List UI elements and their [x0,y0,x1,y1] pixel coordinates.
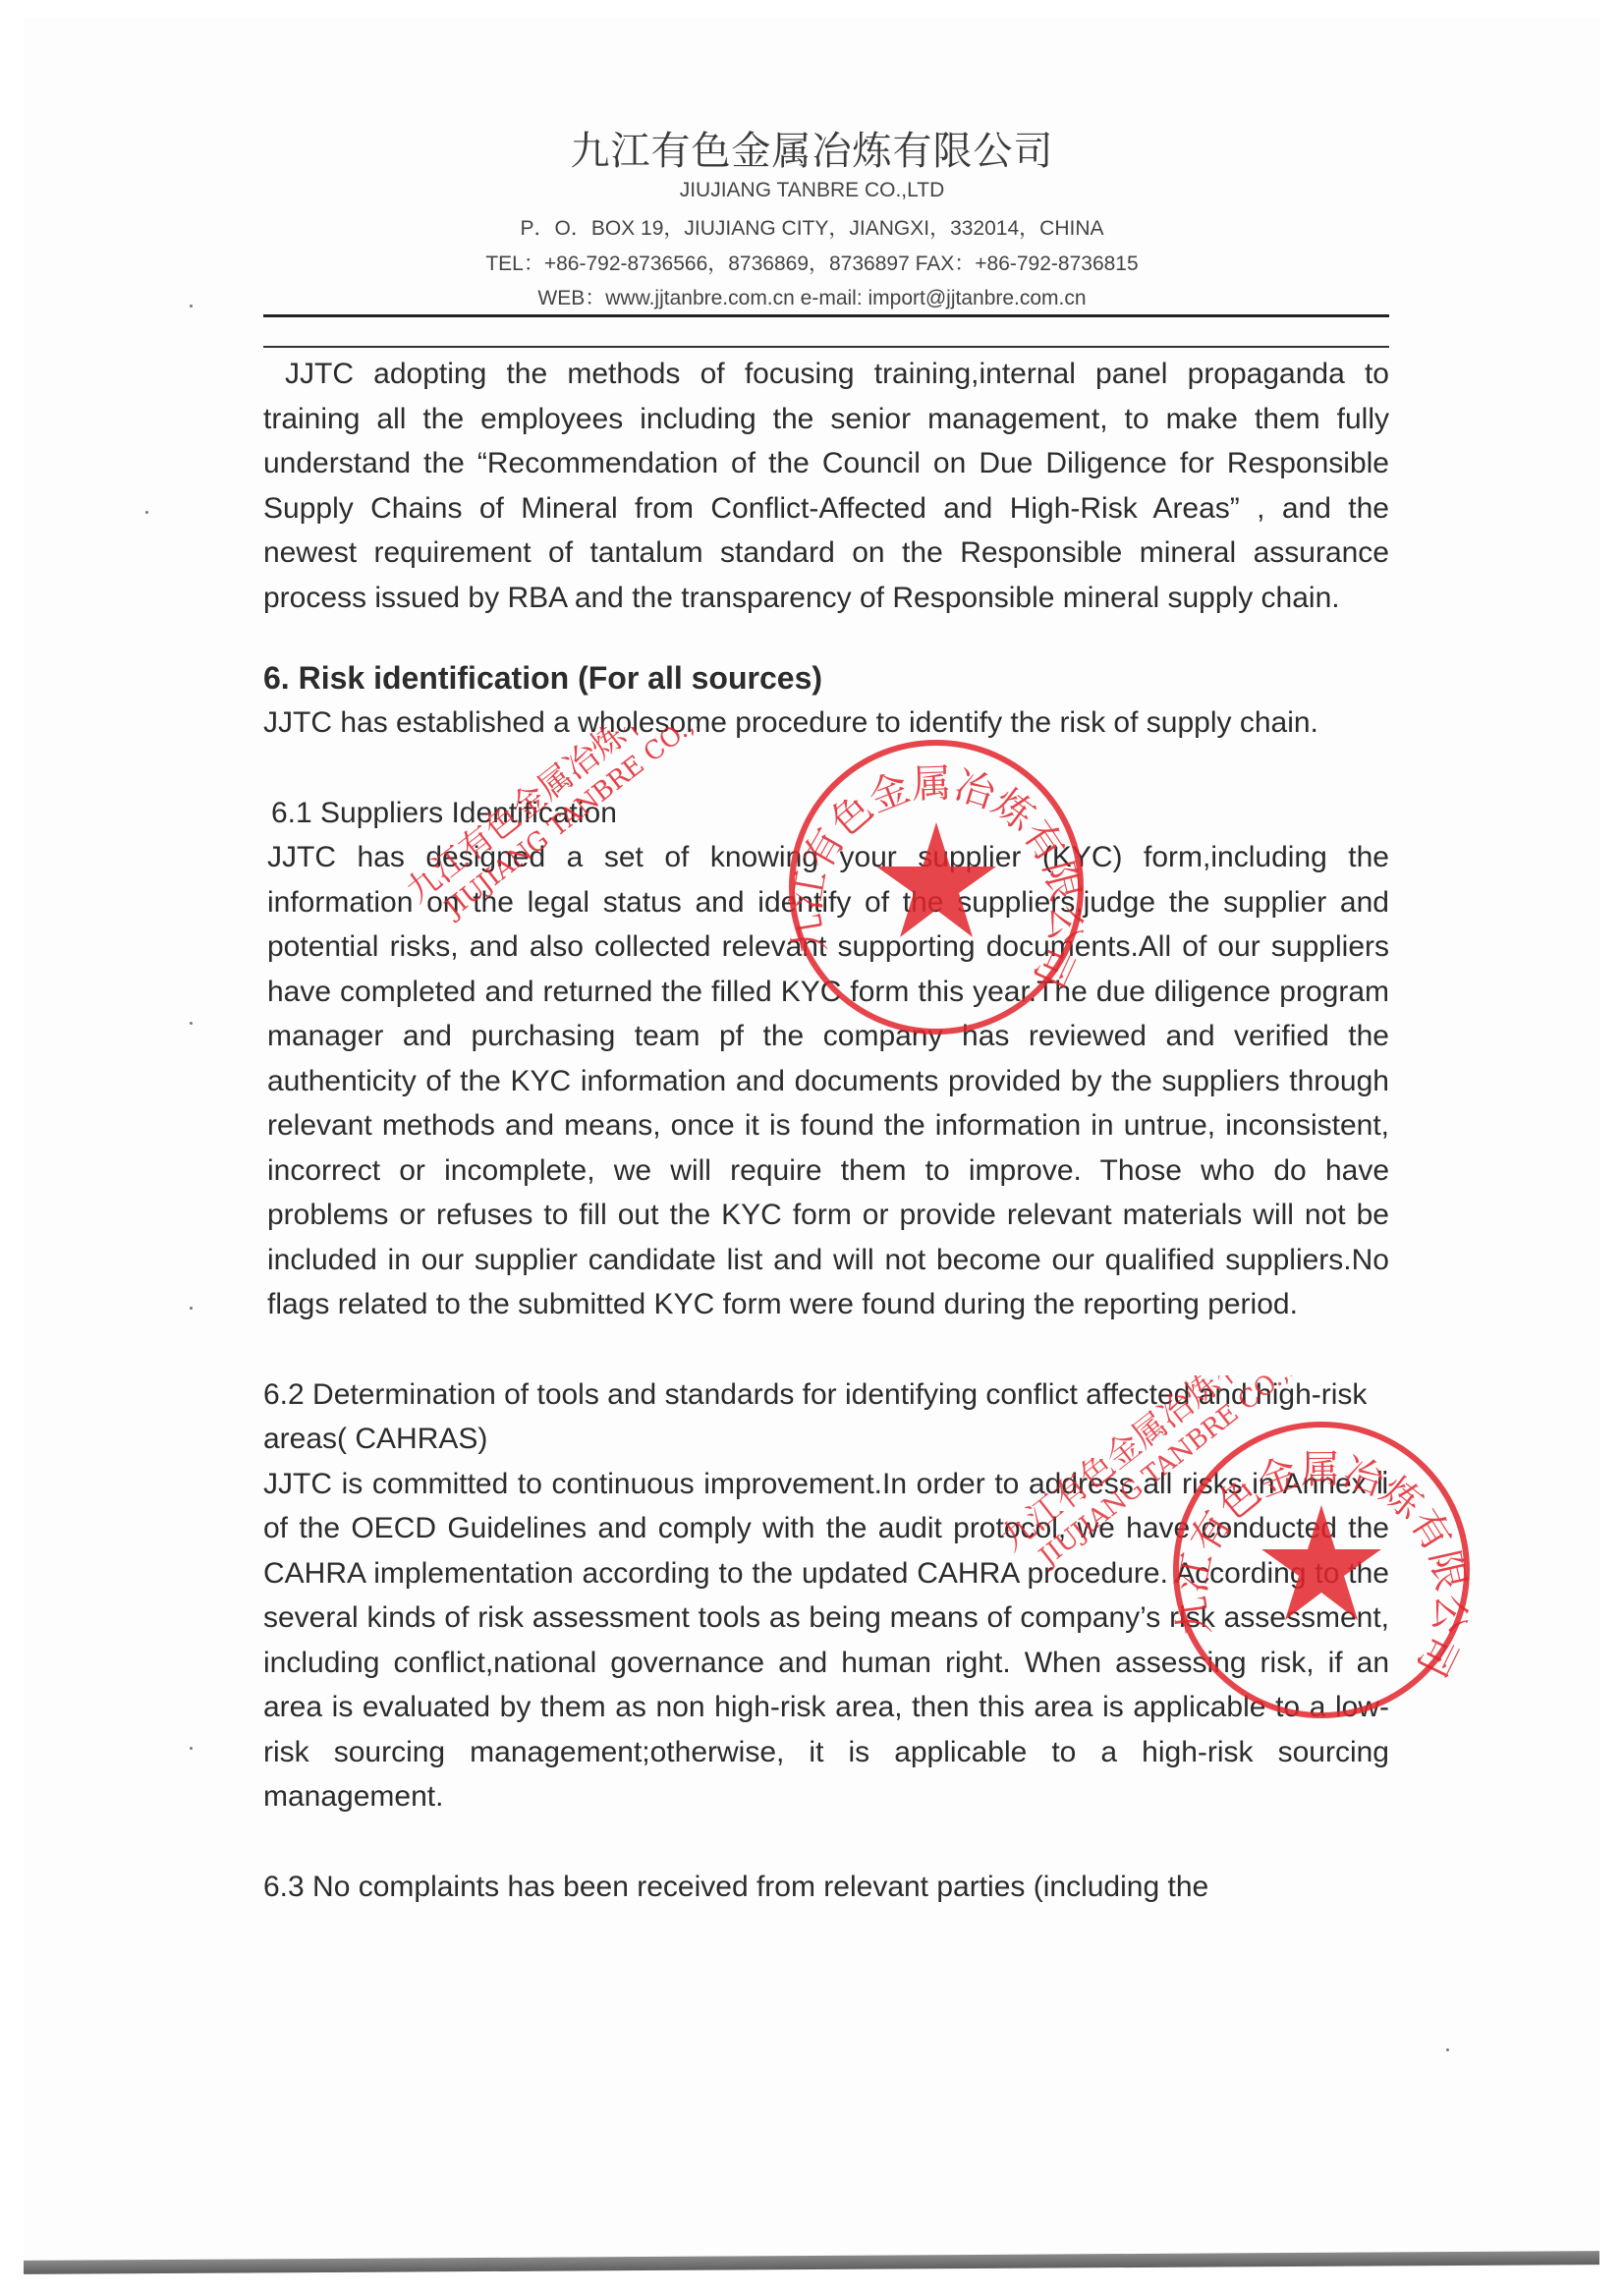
company-name-chinese: 九江有色金属冶炼有限公司 [0,120,1624,176]
scan-speck [1446,2048,1449,2051]
company-address: P．O．BOX 19，JIUJIANG CITY，JIANGXI，332014，… [0,212,1624,242]
scan-speck [145,511,148,514]
header-rule-thick [263,314,1389,317]
scan-speck [190,305,193,308]
section-6-3-heading: 6.3 No complaints has been received from… [263,1865,1389,1910]
section-6-1-heading: 6.1 Suppliers Identification [271,791,1389,836]
section-6-2-heading: 6.2 Determination of tools and standards… [263,1372,1389,1462]
scan-speck [190,1307,193,1310]
scan-speck [190,1022,193,1025]
section-6-2-paragraph: JJTC is committed to continuous improvem… [263,1462,1389,1819]
document-body: JJTC adopting the methods of focusing tr… [263,352,1389,1909]
section-6-1-paragraph: JJTC has designed a set of knowing your … [267,835,1389,1327]
company-phone-fax: TEL：+86-792-8736566，8736869，8736897 FAX：… [0,248,1624,277]
intro-paragraph: JJTC adopting the methods of focusing tr… [263,352,1389,620]
company-name-english: JIUJIANG TANBRE CO.,LTD [0,179,1624,202]
section-6-paragraph: JJTC has established a wholesome procedu… [263,700,1389,746]
company-web-email: WEB：www.jjtanbre.com.cn e-mail: import@j… [0,282,1624,311]
section-6-heading: 6. Risk identification (For all sources) [263,655,1389,700]
header-rule-thin [263,346,1389,348]
scan-speck [190,1747,193,1750]
